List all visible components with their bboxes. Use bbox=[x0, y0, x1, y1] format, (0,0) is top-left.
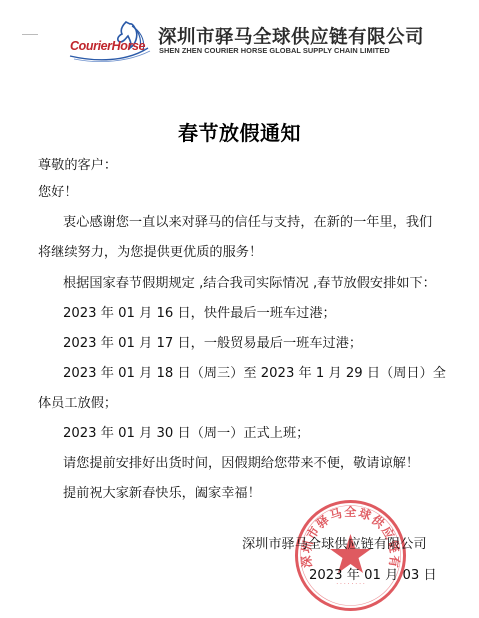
signature-date: 2023 年 01 月 03 日 bbox=[309, 568, 437, 584]
paragraph-line: 将继续努力，为您提供更优质的服务！ bbox=[38, 245, 262, 261]
paragraph-line: 请您提前安排好出货时间，因假期给您带来不便，敬请谅解！ bbox=[63, 456, 419, 472]
divider bbox=[22, 34, 38, 35]
signature-company: 深圳市驿马全球供应链有限公司 bbox=[242, 537, 427, 553]
schedule-line: 2023 年 01 月 18 日（周三）至 2023 年 1 月 29 日（周日… bbox=[63, 366, 446, 382]
schedule-line: 体员工放假； bbox=[38, 396, 117, 412]
seal-star-icon: 深圳市驿马全球供应链有限公司 · · · · · · · · bbox=[293, 498, 408, 613]
closing-line: 提前祝大家新春快乐，阖家幸福！ bbox=[63, 486, 261, 502]
courier-horse-logo: CourierHorse bbox=[66, 18, 160, 64]
logo-text: CourierHorse bbox=[70, 39, 145, 53]
paragraph-line: 衷心感谢您一直以来对驿马的信任与支持，在新的一年里，我们 bbox=[63, 215, 432, 231]
paragraph-line: 根据国家春节假期规定 ,结合我司实际情况 ,春节放假安排如下： bbox=[63, 276, 436, 292]
salutation: 尊敬的客户： bbox=[38, 158, 117, 174]
greeting: 您好！ bbox=[38, 185, 78, 201]
company-seal: 深圳市驿马全球供应链有限公司 · · · · · · · · bbox=[293, 498, 408, 613]
letterhead: CourierHorse 深圳市驿马全球供应链有限公司 SHEN ZHEN CO… bbox=[0, 0, 479, 80]
notice-title: 春节放假通知 bbox=[0, 117, 479, 146]
schedule-line: 2023 年 01 月 30 日（周一）正式上班； bbox=[63, 426, 309, 442]
schedule-line: 2023 年 01 月 17 日，一般贸易最后一班车过港； bbox=[63, 336, 362, 352]
schedule-line: 2023 年 01 月 16 日，快件最后一班车过港； bbox=[63, 306, 336, 322]
company-name-en: SHEN ZHEN COURIER HORSE GLOBAL SUPPLY CH… bbox=[159, 46, 390, 55]
